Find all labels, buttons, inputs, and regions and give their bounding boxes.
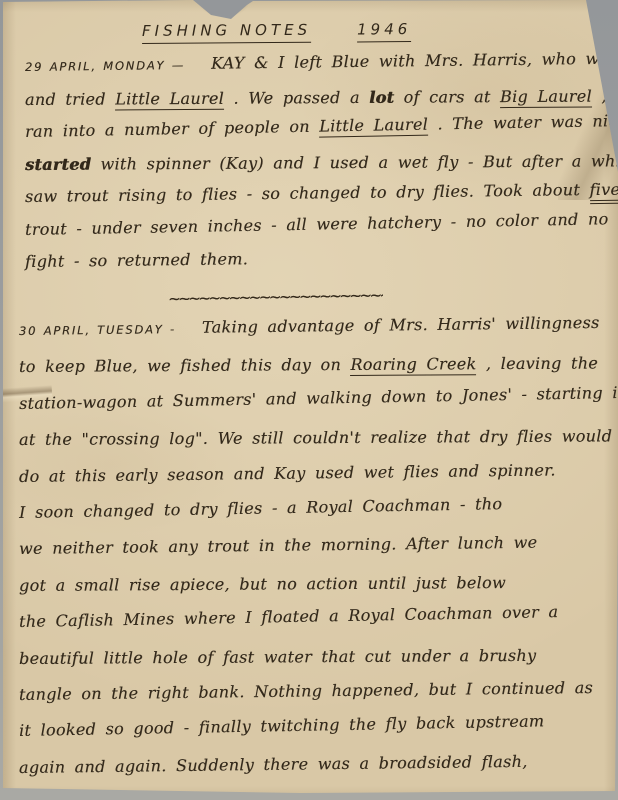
entry-text-segment: the Caflish Mines where I floated a Roya… xyxy=(19,602,559,631)
entry-text-segment: we neither took any trout in the morning… xyxy=(19,533,538,558)
journal-entry: 30 APRIL, TUESDAY -Taking advantage of M… xyxy=(19,312,618,786)
entry-text-segment: do at this early season and Kay used wet… xyxy=(19,460,556,486)
entry-text-segment: tangle on the right bank. Nothing happen… xyxy=(19,678,593,704)
entry-text-segment: Taking advantage of Mrs. Harris' willing… xyxy=(202,313,600,337)
entry-text-segment: Little Laurel xyxy=(319,115,428,138)
entry-text-segment: started xyxy=(25,154,91,173)
entry-text-segment: trout - under seven inches - all were ha… xyxy=(25,209,609,239)
entry-text-segment: Roaring Creek xyxy=(350,355,476,377)
entry-text-segment: and tried xyxy=(25,89,115,109)
entry-line: again and again. Suddenly there was a br… xyxy=(19,742,618,786)
entry-text-segment: again and again. Suddenly there was a br… xyxy=(19,752,528,777)
entry-text-segment: of cars at xyxy=(394,87,500,107)
entries-container: 29 APRIL, MONDAY —KAY & I left Blue with… xyxy=(0,0,618,800)
entry-line: we neither took any trout in the morning… xyxy=(19,524,618,568)
journal-entry: 29 APRIL, MONDAY —KAY & I left Blue with… xyxy=(25,50,618,279)
entry-text-segment: , leaving the xyxy=(476,354,598,374)
entry-text-segment: lot xyxy=(369,87,394,106)
entry-text-segment: Little Laurel xyxy=(115,88,224,110)
entry-text-segment: ran into a number of people on xyxy=(25,117,320,141)
entry-text-segment: beautiful little hole of fast water that… xyxy=(19,645,536,667)
entry-text-segment: . We passed a xyxy=(224,87,369,107)
entry-text-segment: got a small rise apiece, but no action u… xyxy=(19,573,506,595)
entry-text-segment: at the "crossing log". We still couldn't… xyxy=(19,427,612,450)
entry-text-segment: saw trout rising to flies - so changed t… xyxy=(25,180,590,206)
entry-text-segment: I soon changed to dry flies - a Royal Co… xyxy=(19,494,503,522)
entry-text-segment: KAY & I left Blue with Mrs. Harris, who … xyxy=(211,47,618,72)
entry-text-segment: , and xyxy=(592,86,618,105)
entry-text-segment: station-wagon at Summers' and walking do… xyxy=(19,383,618,413)
entry-text-segment: it looked so good - finally twitching th… xyxy=(19,712,545,741)
entry-text-segment: fight - so returned them. xyxy=(25,249,248,271)
entry-text-segment: . The water was nice. We xyxy=(428,110,618,133)
notebook-page: FISHING NOTES1946 ~~~~~~~~~~~~~~~~~~~~~~… xyxy=(0,0,618,800)
entry-text-segment: five xyxy=(589,180,618,204)
entry-line: 30 APRIL, TUESDAY -Taking advantage of M… xyxy=(19,305,618,350)
entry-line: 29 APRIL, MONDAY —KAY & I left Blue with… xyxy=(25,41,618,83)
entry-date: 29 APRIL, MONDAY — xyxy=(25,58,185,74)
entry-text-segment: with spinner (Kay) and I used a wet fly … xyxy=(91,151,618,173)
entry-date: 30 APRIL, TUESDAY - xyxy=(19,322,176,338)
entry-text-segment: Big Laurel xyxy=(500,86,592,108)
entry-text-segment: to keep Blue, we fished this day on xyxy=(19,355,351,376)
photo-background: FISHING NOTES1946 ~~~~~~~~~~~~~~~~~~~~~~… xyxy=(0,0,618,800)
